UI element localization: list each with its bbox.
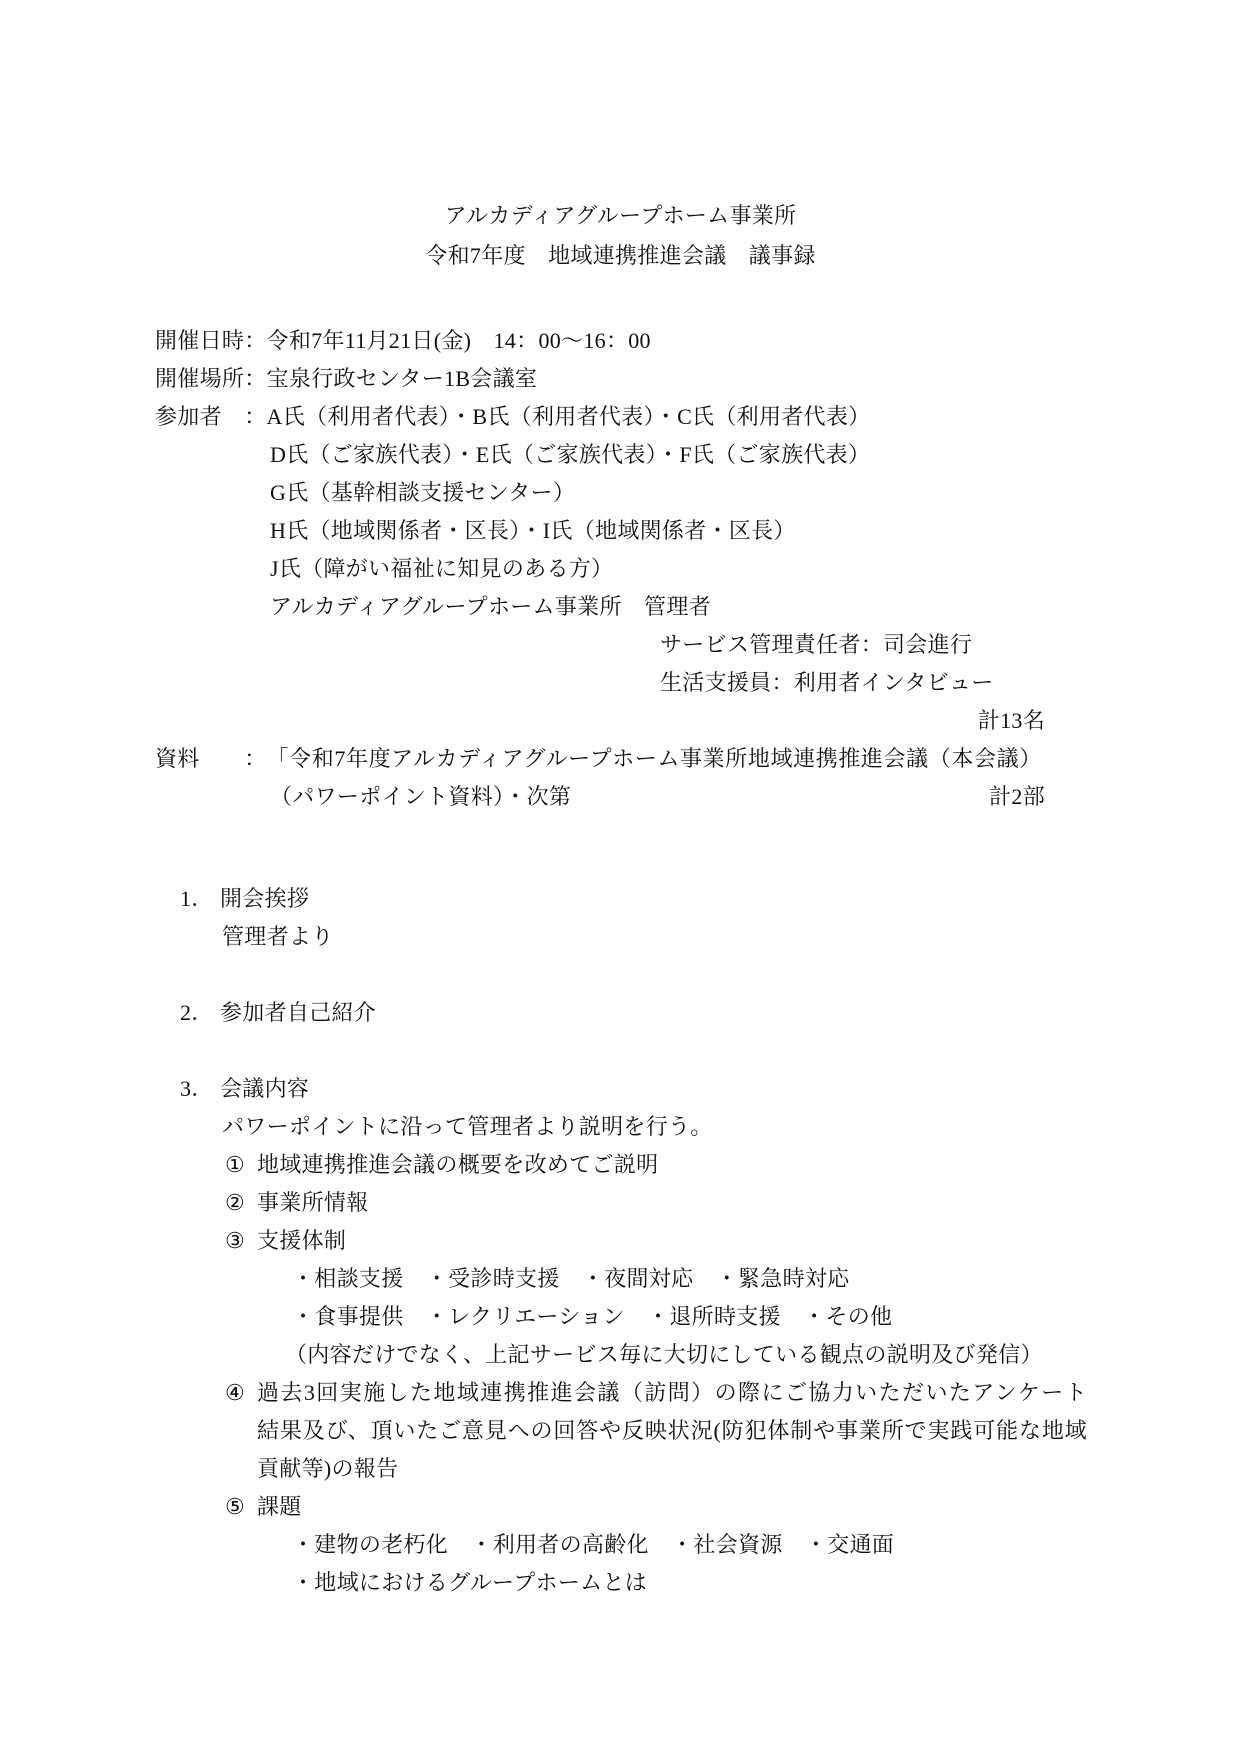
section-heading: 1．開会挨拶 bbox=[180, 880, 1241, 918]
circled-number: ③ bbox=[225, 1222, 257, 1260]
materials-total: 計2部 bbox=[989, 778, 1045, 816]
participant-line: A氏（利用者代表）・B氏（利用者代表）・C氏（利用者代表） bbox=[267, 404, 871, 429]
agenda-item-continuation: 貢献等)の報告 bbox=[257, 1450, 1241, 1488]
staff-line: 生活支援員：利用者インタビュー bbox=[660, 664, 1241, 702]
participants-total: 計13名 bbox=[155, 702, 1045, 740]
meta-datetime: 開催日時：令和7年11月21日(金) 14：00～16：00 bbox=[155, 322, 1241, 360]
agenda-item-2: ②事業所情報 bbox=[225, 1184, 1241, 1222]
agenda-item-3: ③支援体制 bbox=[225, 1222, 1241, 1260]
meta-materials-row2: （パワーポイント資料）・次第 計2部 bbox=[270, 778, 1045, 816]
participant-line: H氏（地域関係者・区長）・I氏（地域関係者・区長） bbox=[270, 512, 1241, 550]
section-number: 1． bbox=[180, 880, 220, 918]
materials-line2: （パワーポイント資料）・次第 bbox=[270, 778, 571, 816]
bullet-line: ・食事提供 ・レクリエーション ・退所時支援 ・その他 bbox=[292, 1298, 1241, 1336]
meta-materials-row: 資料 ：「令和7年度アルカディアグループホーム事業所地域連携推進会議（本会議） bbox=[155, 740, 1241, 778]
agenda-item-text: 地域連携推進会議の概要を改めてご説明 bbox=[257, 1152, 658, 1177]
meta-datetime-value: 令和7年11月21日(金) 14：00～16：00 bbox=[267, 328, 651, 353]
section-title: 開会挨拶 bbox=[220, 886, 309, 911]
section-introductions: 2．参加者自己紹介 bbox=[0, 994, 1241, 1032]
section-agenda: 3．会議内容 パワーポイントに沿って管理者より説明を行う。 ①地域連携推進会議の… bbox=[0, 1070, 1241, 1602]
meta-place-label: 開催場所： bbox=[155, 366, 267, 391]
circled-number: ① bbox=[225, 1146, 257, 1184]
meta-materials-label: 資料 ： bbox=[155, 746, 267, 771]
doc-title: アルカディアグループホーム事業所 bbox=[0, 196, 1241, 236]
agenda-item-continuation: 結果及び、頂いたご意見への回答や反映状況(防犯体制や事業所で実践可能な地域 bbox=[257, 1412, 1087, 1450]
section-number: 2． bbox=[180, 994, 220, 1032]
note-line: （内容だけでなく、上記サービス毎に大切にしている観点の説明及び発信） bbox=[285, 1336, 1241, 1374]
meta-place: 開催場所：宝泉行政センター1B会議室 bbox=[155, 360, 1241, 398]
agenda-item-4: ④過去3回実施した地域連携推進会議（訪問）の際にご協力いただいたアンケート bbox=[225, 1374, 1241, 1412]
meta-participants-row: 参加者 ：A氏（利用者代表）・B氏（利用者代表）・C氏（利用者代表） bbox=[155, 398, 1241, 436]
participant-line: J氏（障がい福祉に知見のある方） bbox=[270, 550, 1241, 588]
section-number: 3． bbox=[180, 1070, 220, 1108]
circled-number: ⑤ bbox=[225, 1488, 257, 1526]
section-heading: 3．会議内容 bbox=[180, 1070, 1241, 1108]
participant-line: D氏（ご家族代表）・E氏（ご家族代表）・F氏（ご家族代表） bbox=[270, 436, 1241, 474]
title-block: アルカディアグループホーム事業所 令和7年度 地域連携推進会議 議事録 bbox=[0, 196, 1241, 276]
participant-line: G氏（基幹相談支援センター） bbox=[270, 474, 1241, 512]
section-heading: 2．参加者自己紹介 bbox=[180, 994, 1241, 1032]
section-title: 参加者自己紹介 bbox=[220, 1000, 376, 1025]
doc-subtitle: 令和7年度 地域連携推進会議 議事録 bbox=[0, 236, 1241, 276]
agenda-item-5: ⑤課題 bbox=[225, 1488, 1241, 1526]
agenda-item-text: 過去3回実施した地域連携推進会議（訪問）の際にご協力いただいたアンケート bbox=[257, 1374, 1087, 1412]
section-intro: パワーポイントに沿って管理者より説明を行う。 bbox=[222, 1108, 1241, 1146]
staff-line: サービス管理責任者：司会進行 bbox=[660, 626, 1241, 664]
section-body: 管理者より bbox=[222, 918, 1241, 956]
section-opening: 1．開会挨拶 管理者より bbox=[0, 880, 1241, 956]
bullet-line: ・相談支援 ・受診時支援 ・夜間対応 ・緊急時対応 bbox=[292, 1260, 1241, 1298]
meta-datetime-label: 開催日時： bbox=[155, 328, 267, 353]
bullet-line: ・地域におけるグループホームとは bbox=[292, 1564, 1241, 1602]
document-page: アルカディアグループホーム事業所 令和7年度 地域連携推進会議 議事録 開催日時… bbox=[0, 0, 1241, 1755]
meta-participants-label: 参加者 ： bbox=[155, 404, 267, 429]
meta-place-value: 宝泉行政センター1B会議室 bbox=[267, 366, 538, 391]
participant-line: アルカディアグループホーム事業所 管理者 bbox=[270, 588, 1241, 626]
section-title: 会議内容 bbox=[220, 1076, 309, 1101]
agenda-item-1: ①地域連携推進会議の概要を改めてご説明 bbox=[225, 1146, 1241, 1184]
circled-number: ④ bbox=[225, 1374, 257, 1412]
meta-block: 開催日時：令和7年11月21日(金) 14：00～16：00 開催場所：宝泉行政… bbox=[0, 322, 1241, 816]
agenda-item-text: 事業所情報 bbox=[257, 1190, 369, 1215]
agenda-item-text: 課題 bbox=[257, 1494, 302, 1519]
circled-number: ② bbox=[225, 1184, 257, 1222]
bullet-line: ・建物の老朽化 ・利用者の高齢化 ・社会資源 ・交通面 bbox=[292, 1526, 1241, 1564]
agenda-item-text: 支援体制 bbox=[257, 1228, 346, 1253]
materials-line1: 「令和7年度アルカディアグループホーム事業所地域連携推進会議（本会議） bbox=[267, 740, 1042, 778]
